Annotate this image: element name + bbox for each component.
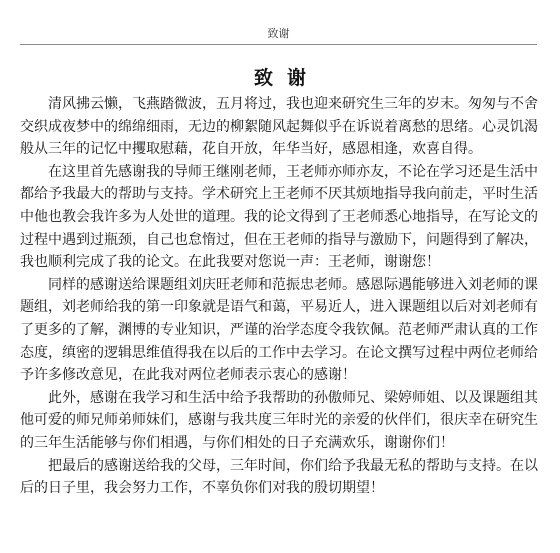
document-body: 清风拂云懒，飞燕踏微波，五月将过，我也迎来研究生三年的岁末。匆匆与不舍交织成夜梦… [20, 93, 538, 500]
paragraph-intro: 清风拂云懒，飞燕踏微波，五月将过，我也迎来研究生三年的岁末。匆匆与不舍交织成夜梦… [20, 93, 538, 161]
page-title: 致谢 [0, 64, 560, 92]
paragraph-peers-thanks: 此外，感谢在我学习和生活中给予我帮助的孙傲师兄、梁婷师姐、以及课题组其他可爱的师… [20, 387, 538, 455]
running-header: 致谢 [20, 27, 537, 41]
paragraph-research-group-thanks: 同样的感谢送给课题组刘庆旺老师和范振忠老师。感恩际遇能够进入刘老师的课题组，刘老… [20, 274, 538, 387]
header-divider [20, 44, 537, 45]
document-page: 致谢 致谢 清风拂云懒，飞燕踏微波，五月将过，我也迎来研究生三年的岁末。匆匆与不… [0, 0, 560, 553]
paragraph-parents-thanks: 把最后的感谢送给我的父母，三年时间，你们给予我最无私的帮助与支持。在以后的日子里… [20, 455, 538, 500]
paragraph-advisor-thanks: 在这里首先感谢我的导师王继刚老师，王老师亦师亦友，不论在学习还是生活中都给予我最… [20, 161, 538, 274]
